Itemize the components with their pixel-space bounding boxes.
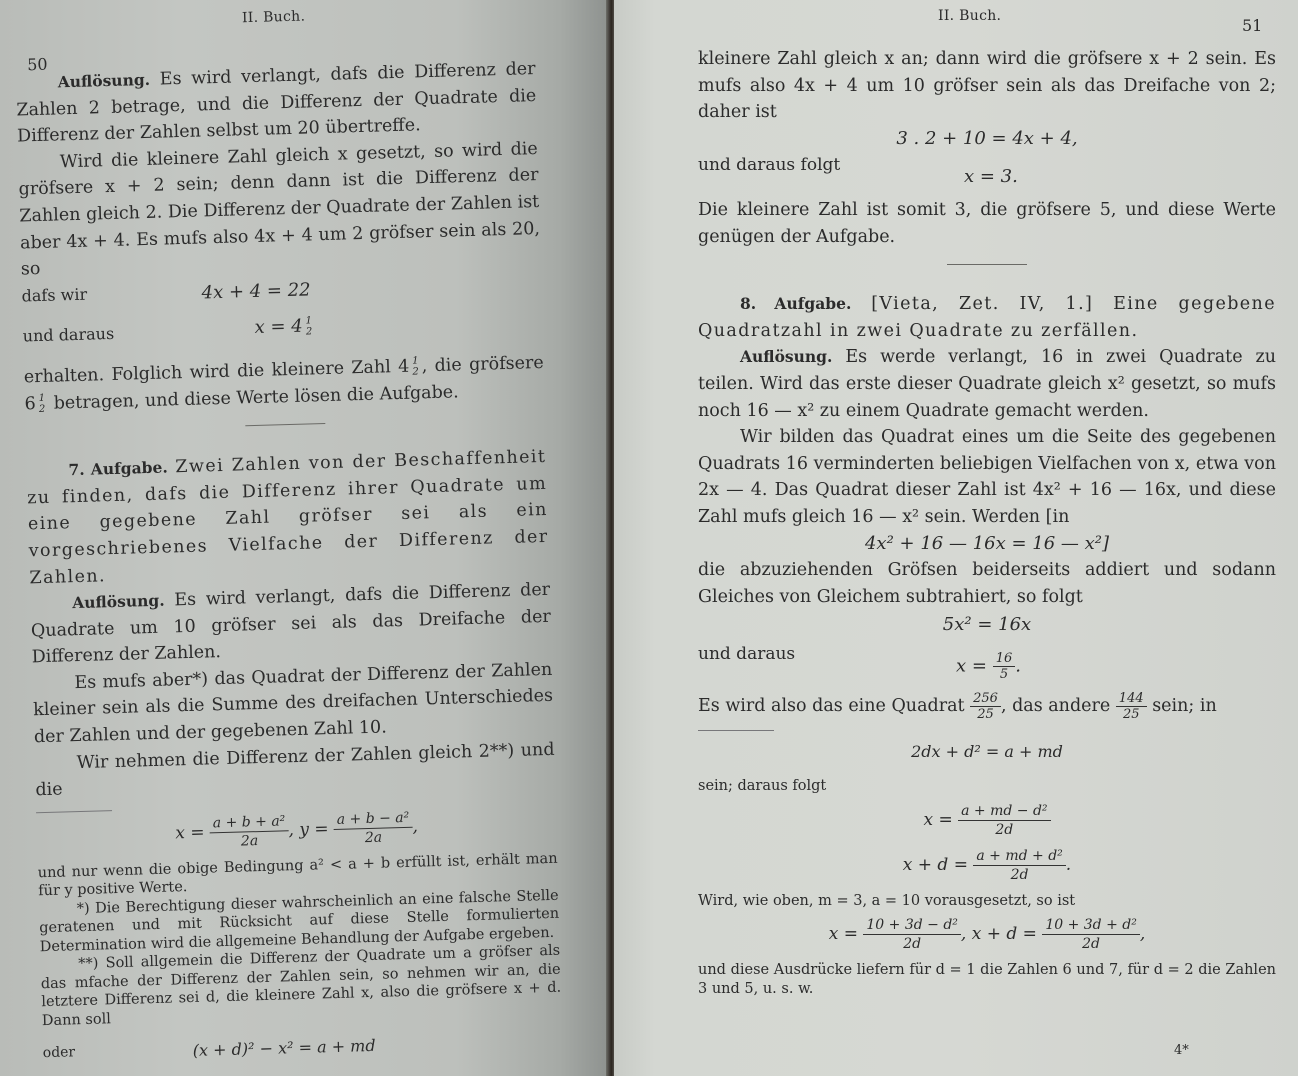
formula-5x2: 5x² = 16x — [698, 612, 1276, 639]
section-divider — [245, 423, 325, 426]
running-head-left: II. Buch. — [242, 8, 306, 26]
solution-paragraph-6: Auflösung. Es wird verlangt, dafs die Di… — [15, 56, 537, 150]
page-50: II. Buch. 50 Auflösung. Es wird verlangt… — [0, 0, 608, 1076]
running-head-right: II. Buch. — [938, 8, 1001, 24]
task-8-solution: Auflösung. Es werde verlangt, 16 in zwei… — [698, 344, 1276, 424]
footnote-rule — [36, 810, 112, 813]
formula-x-xd-specific: x = 10 + 3d − d²2d, x + d = 10 + 3d + d²… — [698, 916, 1276, 953]
task-8-label: 8. Aufgabe. — [740, 294, 851, 313]
open-book-spread: II. Buch. 50 Auflösung. Es wird verlangt… — [0, 0, 1298, 1076]
footnote-rule — [698, 730, 774, 731]
formula-x-general: x = a + md − d²2d — [698, 802, 1276, 839]
task-7-statement: 7. Aufgabe. Zwei Zahlen von der Beschaff… — [26, 444, 550, 591]
task-7-solution: Auflösung. Es wird verlangt, dafs die Di… — [30, 577, 552, 671]
footnotes-left: x = a + b + a²2a, y = a + b − a²2a, und … — [36, 805, 563, 1072]
footnote-substitution: Wird, wie oben, m = 3, a = 10 vorausgese… — [698, 892, 1276, 911]
right-body: kleinere Zahl gleich x an; dann wird die… — [698, 46, 1276, 998]
paragraph-continuation: kleinere Zahl gleich x an; dann wird die… — [698, 46, 1276, 126]
paragraph-substitution: Wird die kleinere Zahl gleich x gesetzt,… — [18, 136, 542, 283]
formula-3-2-10: 3 . 2 + 10 = 4x + 4, — [698, 126, 1276, 153]
formula-x-3: und daraus folgt x = 3. — [698, 152, 1276, 179]
paragraph-squares-result: Es wird also das eine Quadrat 25625, das… — [698, 691, 1276, 722]
paragraph-result-7: Die kleinere Zahl ist somit 3, die gröfs… — [698, 197, 1276, 250]
formula-x-y: x = a + b + a²2a, y = a + b − a²2a, — [36, 805, 557, 857]
page-number-right: 51 — [1242, 16, 1262, 35]
formula-2dx: 2dx + d² = a + md — [698, 743, 1276, 762]
footnote-lead: sein; daraus folgt — [698, 777, 1276, 796]
formula-oder: oder (x + d)² − x² = a + md — [43, 1030, 564, 1071]
footnotes-right: 2dx + d² = a + md sein; daraus folgt x =… — [698, 743, 1276, 999]
solution-label: Auflösung. — [57, 70, 150, 92]
left-body: Auflösung. Es wird verlangt, dafs die Di… — [15, 56, 563, 1071]
footnote-2: **) Soll allgemein die Differenz der Qua… — [40, 942, 562, 1030]
task-8-statement: 8. Aufgabe. [Vieta, Zet. IV, 1.] Eine ge… — [698, 291, 1276, 344]
formula-x-16-5: und daraus x = 165. — [698, 641, 1276, 681]
section-divider — [947, 264, 1027, 265]
task-7-label: 7. Aufgabe. — [68, 458, 168, 480]
paragraph-square: Wir bilden das Quadrat eines um die Seit… — [698, 424, 1276, 530]
paragraph-subtract: die abzuziehenden Gröfsen beiderseits ad… — [698, 557, 1276, 610]
footnote-conclusion: und diese Ausdrücke liefern für d = 1 di… — [698, 961, 1276, 998]
page-51: II. Buch. 51 kleinere Zahl gleich x an; … — [614, 0, 1298, 1076]
signature-mark: 4* — [1174, 1043, 1189, 1058]
formula-4x2: 4x² + 16 — 16x = 16 — x²] — [698, 531, 1276, 558]
paragraph-condition: Es mufs aber*) das Quadrat der Differenz… — [32, 657, 554, 751]
formula-xd-general: x + d = a + md + d²2d. — [698, 847, 1276, 884]
